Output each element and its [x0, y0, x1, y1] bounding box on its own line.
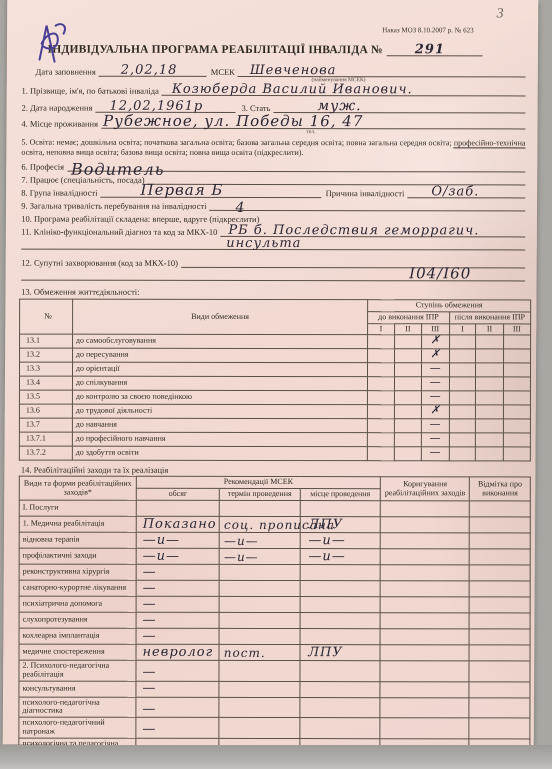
handwritten-mark: ✗ — [430, 404, 439, 417]
signature-paraf-icon — [34, 20, 76, 68]
col-correction: Коригування реабілітаційних заходів — [380, 477, 469, 501]
limitation-label: до професійного навчання — [72, 433, 367, 448]
row-number: 13.7.2 — [19, 446, 72, 460]
address-label: 4. Місце проживання — [21, 119, 101, 129]
col-degree: Ступінь обмеження — [368, 300, 531, 312]
date-value: 2,02,18 — [121, 63, 178, 78]
diagnosis-value-2: инсульта — [226, 236, 301, 251]
handwritten-volume: — — [142, 703, 156, 717]
handwritten-mark: — — [430, 362, 441, 375]
limitation-label: до контролю за своєю поведінкою — [72, 391, 367, 406]
handwritten-volume: — — [143, 581, 157, 595]
cause-value: О/заб. — [431, 184, 479, 199]
grade-4: І — [449, 323, 476, 335]
measure-label: 2. Психолого-педагогічна реабілітація — [19, 660, 136, 681]
limitation-label: до пересування — [72, 349, 367, 364]
handwritten-volume: — — [142, 666, 156, 680]
handwritten-mark: — — [430, 432, 441, 445]
form-content: 3 Наказ МОЗ 8.10.2007 р. № 623 ІНДИВІДУА… — [10, 0, 531, 742]
table-row: санаторно-курортне лікування — — [19, 580, 530, 597]
handwritten-volume: — — [143, 613, 157, 627]
table-row: консультування — — [19, 681, 530, 698]
rehab-measures-table: Види та форми реабілітаційних заходів* Р… — [18, 476, 530, 760]
group-field: Первая Б — [100, 186, 321, 198]
measure-label: профілактичні заходи — [19, 548, 136, 564]
table-row: медичне спостереження невролог пост. ЛПУ — [19, 644, 530, 661]
address-line: 4. Місце проживання Рубежное, ул. Победы… — [21, 116, 525, 130]
document-paper: 3 Наказ МОЗ 8.10.2007 р. № 623 ІНДИВІДУА… — [3, 0, 539, 748]
order-reference: Наказ МОЗ 8.10.2007 р. № 623 — [382, 26, 473, 34]
handwritten-mark: ✗ — [431, 334, 440, 347]
handwritten-place: —и— — [308, 534, 345, 548]
row-number: 13.5 — [19, 390, 72, 404]
row-number: 13.6 — [19, 404, 72, 418]
page-number: 3 — [497, 6, 504, 22]
row-number: 13.7 — [19, 418, 72, 432]
handwritten-mark: — — [429, 446, 440, 459]
msek-field: Шевченова — [238, 65, 526, 78]
limitations-table-body: 13.1 до самообслуговування ✗ 13.2 до пер… — [19, 334, 530, 461]
date-label: Дата заповнення — [36, 67, 99, 77]
education-underlined: професійно-технічна — [454, 138, 526, 148]
rehab-table-header: Види та форми реабілітаційних заходів* Р… — [19, 476, 530, 500]
comorbid-field — [181, 256, 525, 269]
education-text-1: 5. Освіта: немає; дошкільна освіта; поча… — [21, 138, 453, 148]
title-text: ІНДИВІДУАЛЬНА ПРОГРАМА РЕАБІЛІТАЦІЇ ІНВА… — [48, 44, 383, 57]
col-msek-recommendations: Рекомендації МСЕК — [136, 477, 380, 489]
col-after-ipr: після виконання ІПР — [449, 312, 530, 324]
table-row: 13.6 до трудової діяльності ✗ — [19, 404, 530, 419]
limitations-table-header: № Види обмеження Ступінь обмеження до ви… — [20, 299, 531, 335]
table-row: відновна терапія —и— —и— —и— — [19, 532, 530, 549]
table-row: слухопротезування — — [19, 612, 530, 629]
group-line: 8. Група інвалідності Первая Б Причина і… — [21, 185, 525, 199]
duration-value: 4 — [235, 200, 245, 216]
table-row: 13.3 до орієнтації — — [19, 362, 530, 377]
table-row: психіатрична допомога — — [19, 596, 530, 613]
measure-label: слухопротезування — [19, 612, 136, 628]
table-row: профілактичні заходи —и— —и— —и— — [19, 548, 530, 565]
duration-line: 9. Загальна тривалість перебування на ін… — [21, 198, 525, 212]
date-field: 2,02,18 — [99, 65, 207, 77]
grade-2: ІІ — [394, 323, 421, 335]
grade-1: І — [368, 323, 395, 335]
limitation-label: до трудової діяльності — [72, 405, 367, 420]
limitation-label: до навчання — [72, 419, 367, 434]
measure-label: медичне спостереження — [19, 644, 136, 660]
table-row: 13.4 до спілкування — — [19, 376, 530, 391]
handwritten-volume: Показано — [143, 517, 217, 531]
col-volume: обсяг — [136, 488, 219, 500]
group-value: Первая Б — [140, 181, 223, 199]
measure-label: санаторно-курортне лікування — [19, 580, 136, 596]
handwritten-volume: — — [142, 682, 156, 696]
document-title: ІНДИВІДУАЛЬНА ПРОГРАМА РЕАБІЛІТАЦІЇ ІНВА… — [48, 44, 526, 57]
program-number-value: 291 — [415, 42, 445, 57]
measure-label: консультування — [19, 681, 136, 697]
comorbid-field-2: І04/І60 — [21, 269, 525, 282]
measure-label: 1. Медична реабілітація — [19, 516, 136, 532]
col-completion-mark: Відмітка про виконання — [470, 477, 531, 501]
handwritten-mark: — — [430, 390, 441, 403]
handwritten-place: —и— — [308, 550, 345, 564]
table-row: психолого-педагогічний патронаж — — [19, 717, 530, 738]
handwritten-volume: — — [143, 597, 157, 611]
measure-label: реконструктивна хірургія — [19, 564, 136, 580]
measure-label: кохлеарна імплантація — [19, 628, 136, 644]
msek-value: Шевченова — [250, 63, 337, 78]
rehab-table-body: І. Послуги 1. Медична реабілітація Показ… — [19, 500, 530, 759]
name-label: 1. Прізвище, ім'я, по батькові інваліда — [21, 86, 161, 96]
profession-label: 6. Професія — [21, 162, 67, 172]
table-row: 13.2 до пересування ✗ — [20, 348, 531, 363]
address-field: Рубежное, ул. Победы 16, 47 — [101, 117, 525, 130]
row-number: 13.1 — [20, 334, 73, 348]
profession-field: Водитель — [67, 160, 525, 173]
table-row: 13.7 до навчання — — [19, 418, 530, 433]
table-row: 1. Медична реабілітація Показано соц. пр… — [19, 516, 530, 533]
scanned-document: { "page_number": "3", "header": { "order… — [0, 0, 552, 769]
diagnosis-field-2: инсульта — [21, 238, 525, 251]
address-value: Рубежное, ул. Победы 16, 47 — [103, 112, 363, 130]
handwritten-place: ЛПУ — [308, 646, 343, 660]
comorbid-line-2: І04/І60 — [21, 268, 525, 282]
table14-title: 14. Реабілітаційні заходи та їх реалізац… — [21, 465, 531, 476]
diagnosis-line-2: инсульта — [21, 237, 525, 251]
diagnosis-label: 11. Клініко-функціональний діагноз та ко… — [21, 227, 220, 237]
row-number: 13.3 — [19, 362, 72, 376]
cause-field: О/заб. — [407, 186, 525, 198]
table-row: кохлеарна імплантація — — [19, 628, 530, 645]
handwritten-place: ЛПУ — [308, 518, 343, 532]
handwritten-volume: —и— — [143, 549, 180, 563]
col-limitation-types: Види обмеження — [72, 299, 367, 335]
limitation-label: до спілкування — [72, 377, 367, 392]
row-number: 13.7.1 — [19, 432, 72, 446]
name-line: 1. Прізвище, ім'я, по батькові інваліда … — [21, 83, 525, 97]
measure-label: психіатрична допомога — [19, 596, 136, 612]
handwritten-term: —и— — [224, 551, 259, 564]
table-row: 13.1 до самообслуговування ✗ — [20, 334, 531, 349]
limitation-label: до самообслуговування — [72, 335, 367, 350]
education-line: 5. Освіта: немає; дошкільна освіта; поча… — [21, 138, 525, 159]
group-label: 8. Група інвалідності — [21, 188, 100, 198]
table-row: І. Послуги — [19, 500, 530, 517]
name-field: Козюберда Василий Иванович. — [162, 84, 526, 97]
handwritten-volume: невролог — [142, 645, 213, 659]
title-number-line: 291 — [387, 44, 483, 56]
table-row: психолого-педагогічна діагностика — — [19, 697, 530, 718]
birth-label: 2. Дата народження — [21, 103, 95, 113]
profession-line: 6. Професія Водитель — [21, 159, 525, 173]
measure-label: І. Послуги — [19, 500, 136, 516]
name-value: Козюберда Василий Иванович. — [172, 82, 413, 97]
col-term: термін проведення — [220, 489, 300, 501]
limitation-label: до здобуття освіти — [72, 447, 367, 462]
col-measure-types: Види та форми реабілітаційних заходів* — [19, 476, 136, 500]
duration-label: 9. Загальна тривалість перебування на ін… — [21, 201, 209, 211]
handwritten-mark: ✗ — [431, 348, 440, 361]
profession-value: Водитель — [71, 160, 164, 179]
handwritten-term: пост. — [224, 647, 266, 660]
handwritten-mark: — — [430, 418, 441, 431]
program-label: 10. Програма реабілітації складена: впер… — [21, 214, 262, 224]
col-place: місце проведення — [300, 489, 380, 501]
table13-title: 13. Обмеження життєдіяльності: — [21, 287, 531, 298]
handwritten-term: —и— — [224, 535, 259, 548]
col-number: № — [20, 299, 73, 334]
table-row: 13.5 до контролю за своєю поведінкою — — [19, 390, 530, 405]
cause-label: Причина інвалідності — [322, 188, 408, 198]
limitation-label: до орієнтації — [72, 363, 367, 378]
measure-label: психолого-педагогічний патронаж — [19, 717, 136, 738]
row-number: 13.2 — [20, 348, 73, 362]
table-row: 13.7.2 до здобуття освіти — — [19, 446, 530, 461]
row-number: 13.4 — [19, 376, 72, 390]
handwritten-volume: —и— — [143, 533, 180, 547]
col-before-ipr: до виконання ІПР — [368, 311, 449, 323]
table-row: реконструктивна хірургія — — [19, 564, 530, 581]
measure-label: відновна терапія — [19, 532, 136, 548]
table-row: 2. Психолого-педагогічна реабілітація — — [19, 660, 530, 681]
duration-field: 4 — [209, 199, 525, 212]
handwritten-volume: — — [143, 629, 157, 643]
grade-6: ІІІ — [503, 324, 530, 336]
handwritten-mark: — — [430, 376, 441, 389]
table-row: 13.7.1 до професійного навчання — — [19, 432, 530, 447]
scanner-background — [0, 745, 552, 769]
limitations-table: № Види обмеження Ступінь обмеження до ви… — [19, 299, 531, 462]
handwritten-volume: — — [142, 723, 156, 737]
date-line: Дата заповнення 2,02,18 МСЕК Шевченова — [36, 64, 526, 78]
handwritten-volume: — — [143, 565, 157, 579]
msek-label: МСЕК — [207, 67, 238, 77]
grade-5: ІІ — [476, 323, 503, 335]
measure-label: психолого-педагогічна діагностика — [19, 697, 136, 718]
comorbid-label: 12. Супутні захворювання (код за МКХ-10) — [21, 258, 181, 268]
education-text-2: освіта, неповна вища освіта; базова вища… — [21, 148, 303, 157]
comorbid-value: І04/І60 — [409, 264, 471, 282]
